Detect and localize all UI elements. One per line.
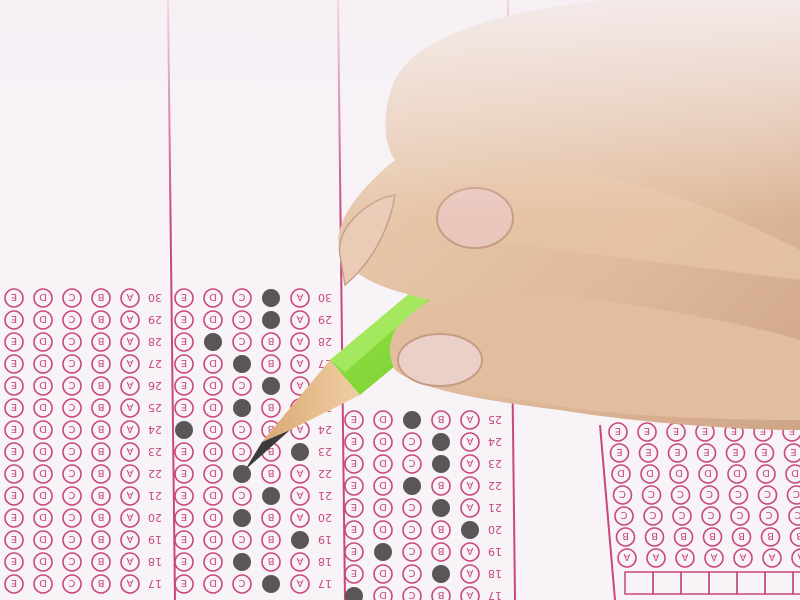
question-number: 18 <box>488 567 502 580</box>
bubble-letter: A <box>466 479 473 490</box>
bubble-letter: B <box>97 335 104 346</box>
bubble-letter: C <box>68 357 75 368</box>
bubble-letter: C <box>238 335 245 346</box>
bubble-letter: E <box>11 467 17 478</box>
bubble-letter: C <box>238 423 245 434</box>
bubble-letter: D <box>209 379 217 390</box>
bubble-letter: A <box>466 413 473 424</box>
bubble-letter: C <box>706 488 713 499</box>
bubble-letter: E <box>11 577 17 588</box>
bubble-letter: E <box>11 401 17 412</box>
bubble-letter: B <box>97 533 104 544</box>
question-number: 29 <box>148 313 162 326</box>
bubble-letter: A <box>739 551 746 562</box>
bubble-letter: B <box>437 479 444 490</box>
filled-bubble[interactable] <box>233 509 251 527</box>
bubble-letter: C <box>649 509 656 520</box>
question-number: 21 <box>318 489 332 502</box>
bubble-letter: C <box>238 379 245 390</box>
bubble-letter: E <box>790 446 796 457</box>
question-number: 19 <box>318 533 332 546</box>
bubble-letter: B <box>97 511 104 522</box>
bubble-letter: D <box>704 467 712 478</box>
bubble-letter: A <box>126 423 133 434</box>
question-number: 28 <box>148 335 162 348</box>
bubble-letter: E <box>351 501 357 512</box>
bubble-letter: A <box>126 445 133 456</box>
bubble-letter: D <box>39 291 47 302</box>
bubble-letter: A <box>126 533 133 544</box>
bubble-letter: C <box>68 533 75 544</box>
bubble-letter: D <box>209 401 217 412</box>
filled-bubble[interactable] <box>291 531 309 549</box>
bubble-letter: E <box>702 425 708 436</box>
filled-bubble[interactable] <box>175 421 193 439</box>
bubble-letter: A <box>652 551 659 562</box>
bubble-letter: E <box>11 511 17 522</box>
bubble-letter: D <box>39 445 47 456</box>
bubble-letter: B <box>767 530 774 541</box>
bubble-letter: D <box>791 467 799 478</box>
question-number: 21 <box>488 501 502 514</box>
bubble-letter: E <box>181 511 187 522</box>
bubble-letter: D <box>209 313 217 324</box>
bubble-letter: B <box>97 401 104 412</box>
bubble-letter: E <box>351 523 357 534</box>
filled-bubble[interactable] <box>262 289 280 307</box>
bubble-letter: E <box>181 467 187 478</box>
bubble-letter: D <box>209 357 217 368</box>
bubble-letter: C <box>620 509 627 520</box>
bubble-letter: C <box>765 509 772 520</box>
bubble-letter: A <box>710 551 717 562</box>
filled-bubble[interactable] <box>262 311 280 329</box>
question-number: 27 <box>148 357 162 370</box>
bubble-letter: D <box>39 401 47 412</box>
bubble-letter: B <box>97 313 104 324</box>
filled-bubble[interactable] <box>262 575 280 593</box>
question-number: 19 <box>148 533 162 546</box>
bubble-letter: B <box>97 489 104 500</box>
bubble-letter: D <box>39 357 47 368</box>
bubble-letter: D <box>39 577 47 588</box>
omr-sheet-photo: EDCBA30EDCBA29EDCBA28EDCBA27EDCBA26EDCBA… <box>0 0 800 600</box>
bubble-letter: B <box>437 523 444 534</box>
bubble-letter: C <box>408 501 415 512</box>
bubble-letter: A <box>623 551 630 562</box>
bubble-letter: E <box>732 446 738 457</box>
bubble-letter: E <box>11 445 17 456</box>
bubble-letter: D <box>379 523 387 534</box>
bubble-letter: E <box>703 446 709 457</box>
bubble-letter: B <box>709 530 716 541</box>
bubble-letter: C <box>238 533 245 544</box>
bubble-letter: E <box>181 445 187 456</box>
bubble-letter: C <box>68 445 75 456</box>
bubble-letter: D <box>733 467 741 478</box>
filled-bubble[interactable] <box>432 433 450 451</box>
bubble-letter: C <box>68 291 75 302</box>
bubble-letter: D <box>379 435 387 446</box>
bubble-letter: C <box>68 577 75 588</box>
hand <box>338 0 800 430</box>
bubble-letter: D <box>675 467 683 478</box>
bubble-letter: B <box>437 545 444 556</box>
bubble-letter: E <box>11 379 17 390</box>
bubble-letter: D <box>209 533 217 544</box>
bubble-letter: E <box>11 313 17 324</box>
bubble-letter: B <box>437 413 444 424</box>
bubble-letter: B <box>622 530 629 541</box>
bubble-letter: A <box>126 379 133 390</box>
bubble-letter: E <box>351 545 357 556</box>
bubble-letter: E <box>616 446 622 457</box>
bubble-letter: A <box>296 313 303 324</box>
bubble-letter: E <box>615 425 621 436</box>
bubble-letter: D <box>39 379 47 390</box>
bubble-letter: A <box>296 467 303 478</box>
bubble-letter: D <box>209 423 217 434</box>
bubble-letter: A <box>126 467 133 478</box>
bubble-letter: D <box>209 577 217 588</box>
filled-bubble[interactable] <box>403 477 421 495</box>
bubble-letter: E <box>11 423 17 434</box>
question-number: 30 <box>318 291 332 304</box>
bubble-letter: C <box>678 509 685 520</box>
bubble-letter: A <box>296 357 303 368</box>
filled-bubble[interactable] <box>403 411 421 429</box>
bubble-letter: E <box>351 457 357 468</box>
filled-bubble[interactable] <box>461 521 479 539</box>
bubble-letter: B <box>796 530 800 541</box>
question-number: 18 <box>148 555 162 568</box>
bubble-letter: E <box>181 401 187 412</box>
bubble-letter: C <box>794 509 800 520</box>
bubble-letter: A <box>296 291 303 302</box>
question-number: 25 <box>488 413 502 426</box>
bubble-letter: A <box>681 551 688 562</box>
question-number: 22 <box>148 467 162 480</box>
bubble-letter: D <box>646 467 654 478</box>
bubble-letter: C <box>735 488 742 499</box>
bubble-letter: C <box>408 567 415 578</box>
question-number: 17 <box>318 577 332 590</box>
bubble-letter: B <box>97 379 104 390</box>
bubble-letter: D <box>379 589 387 600</box>
bubble-letter: A <box>296 555 303 566</box>
bubble-letter: E <box>11 555 17 566</box>
question-number: 17 <box>148 577 162 590</box>
bubble-letter: D <box>209 291 217 302</box>
bubble-letter: B <box>97 423 104 434</box>
bubble-letter: D <box>209 489 217 500</box>
bubble-letter: B <box>738 530 745 541</box>
bubble-letter: D <box>39 533 47 544</box>
bubble-letter: E <box>11 533 17 544</box>
bubble-letter: D <box>39 511 47 522</box>
bubble-letter: B <box>267 401 274 412</box>
bubble-letter: C <box>764 488 771 499</box>
filled-bubble[interactable] <box>432 499 450 517</box>
bubble-letter: E <box>351 479 357 490</box>
bubble-letter: A <box>126 313 133 324</box>
bubble-letter: C <box>408 589 415 600</box>
bubble-letter: D <box>209 445 217 456</box>
bubble-letter: B <box>97 445 104 456</box>
bubble-letter: D <box>617 467 625 478</box>
bubble-letter: C <box>238 445 245 456</box>
bubble-letter: B <box>267 335 274 346</box>
bubble-letter: D <box>379 501 387 512</box>
bubble-letter: C <box>619 488 626 499</box>
bubble-letter: B <box>437 589 444 600</box>
bubble-letter: E <box>761 446 767 457</box>
bubble-letter: C <box>68 511 75 522</box>
bubble-letter: B <box>97 357 104 368</box>
filled-bubble[interactable] <box>432 565 450 583</box>
bubble-letter: C <box>793 488 800 499</box>
bubble-letter: E <box>351 413 357 424</box>
bubble-letter: C <box>68 489 75 500</box>
bubble-letter: C <box>238 577 245 588</box>
bubble-letter: E <box>11 357 17 368</box>
bubble-letter: B <box>97 577 104 588</box>
filled-bubble[interactable] <box>233 399 251 417</box>
bubble-letter: B <box>267 511 274 522</box>
bubble-letter: E <box>11 291 17 302</box>
question-number: 21 <box>148 489 162 502</box>
bubble-letter: B <box>267 533 274 544</box>
bubble-letter: C <box>736 509 743 520</box>
bubble-letter: E <box>181 357 187 368</box>
bubble-letter: D <box>39 555 47 566</box>
bubble-letter: A <box>466 435 473 446</box>
filled-bubble[interactable] <box>204 333 222 351</box>
bubble-letter: E <box>181 379 187 390</box>
bubble-letter: D <box>209 467 217 478</box>
question-number: 26 <box>148 379 162 392</box>
bubble-letter: E <box>181 489 187 500</box>
question-number: 28 <box>318 335 332 348</box>
bubble-letter: A <box>768 551 775 562</box>
bubble-letter: C <box>648 488 655 499</box>
bubble-letter: A <box>126 489 133 500</box>
bubble-letter: A <box>126 577 133 588</box>
bubble-letter: D <box>379 567 387 578</box>
filled-bubble[interactable] <box>233 553 251 571</box>
bubble-letter: A <box>466 501 473 512</box>
bubble-letter: C <box>68 401 75 412</box>
filled-bubble[interactable] <box>291 443 309 461</box>
bubble-letter: B <box>267 467 274 478</box>
question-number: 24 <box>148 423 162 436</box>
bubble-letter: A <box>126 291 133 302</box>
bubble-letter: A <box>296 577 303 588</box>
bubble-letter: C <box>408 457 415 468</box>
bubble-letter: A <box>126 511 133 522</box>
bubble-letter: B <box>267 357 274 368</box>
bubble-letter: D <box>379 479 387 490</box>
bubble-letter: D <box>209 511 217 522</box>
question-number: 29 <box>318 313 332 326</box>
bubble-letter: C <box>408 435 415 446</box>
finger-nail <box>398 334 482 386</box>
bubble-letter: C <box>68 379 75 390</box>
bubble-letter: D <box>39 313 47 324</box>
bubble-letter: A <box>466 457 473 468</box>
bubble-letter: E <box>674 446 680 457</box>
bubble-letter: D <box>379 413 387 424</box>
bubble-letter: C <box>408 523 415 534</box>
question-number: 20 <box>148 511 162 524</box>
question-number: 22 <box>488 479 502 492</box>
bubble-letter: C <box>408 545 415 556</box>
bubble-letter: E <box>11 489 17 500</box>
bubble-letter: B <box>680 530 687 541</box>
bubble-letter: C <box>68 555 75 566</box>
bubble-letter: E <box>181 335 187 346</box>
bubble-letter: D <box>209 555 217 566</box>
bubble-letter: E <box>181 313 187 324</box>
bubble-letter: D <box>379 457 387 468</box>
bubble-letter: E <box>645 446 651 457</box>
bubble-letter: A <box>466 567 473 578</box>
question-number: 22 <box>318 467 332 480</box>
bubble-letter: E <box>181 555 187 566</box>
question-number: 20 <box>318 511 332 524</box>
bubble-letter: A <box>126 357 133 368</box>
bubble-letter: C <box>68 313 75 324</box>
question-number: 24 <box>488 435 502 448</box>
bubble-letter: B <box>97 555 104 566</box>
question-number: 17 <box>488 589 502 600</box>
filled-bubble[interactable] <box>233 355 251 373</box>
question-number: 23 <box>318 445 332 458</box>
question-number: 25 <box>148 401 162 414</box>
bubble-letter: A <box>296 335 303 346</box>
filled-bubble[interactable] <box>432 455 450 473</box>
bubble-letter: E <box>181 577 187 588</box>
bubble-letter: C <box>68 335 75 346</box>
filled-bubble[interactable] <box>262 487 280 505</box>
bubble-letter: C <box>68 467 75 478</box>
bubble-letter: E <box>351 435 357 446</box>
bubble-letter: A <box>296 379 303 390</box>
bubble-letter: E <box>181 291 187 302</box>
question-number: 23 <box>148 445 162 458</box>
bubble-letter: D <box>762 467 770 478</box>
bubble-letter: E <box>11 335 17 346</box>
bubble-letter: D <box>39 489 47 500</box>
bubble-letter: C <box>677 488 684 499</box>
bubble-letter: E <box>673 425 679 436</box>
bubble-letter: C <box>238 313 245 324</box>
bubble-letter: D <box>39 423 47 434</box>
question-number: 19 <box>488 545 502 558</box>
bubble-letter: A <box>126 401 133 412</box>
bubble-letter: C <box>707 509 714 520</box>
bubble-letter: B <box>267 555 274 566</box>
bubble-letter: E <box>351 567 357 578</box>
question-number: 23 <box>488 457 502 470</box>
question-number: 24 <box>318 423 332 436</box>
bubble-letter: A <box>296 511 303 522</box>
filled-bubble[interactable] <box>233 465 251 483</box>
bubble-letter: D <box>39 467 47 478</box>
question-number: 20 <box>488 523 502 536</box>
bubble-letter: E <box>181 533 187 544</box>
bubble-letter: D <box>39 335 47 346</box>
bubble-letter: A <box>126 335 133 346</box>
filled-bubble[interactable] <box>262 377 280 395</box>
thumb-nail <box>437 188 513 248</box>
bubble-letter: C <box>68 423 75 434</box>
bubble-letter: A <box>126 555 133 566</box>
bubble-letter: B <box>97 467 104 478</box>
bubble-letter: A <box>466 589 473 600</box>
bubble-letter: A <box>466 545 473 556</box>
question-number: 18 <box>318 555 332 568</box>
bubble-letter: C <box>238 489 245 500</box>
bubble-letter: A <box>296 489 303 500</box>
bubble-letter: C <box>238 291 245 302</box>
bubble-letter: E <box>644 425 650 436</box>
bubble-letter: B <box>97 291 104 302</box>
question-number: 30 <box>148 291 162 304</box>
filled-bubble[interactable] <box>374 543 392 561</box>
bubble-letter: B <box>651 530 658 541</box>
